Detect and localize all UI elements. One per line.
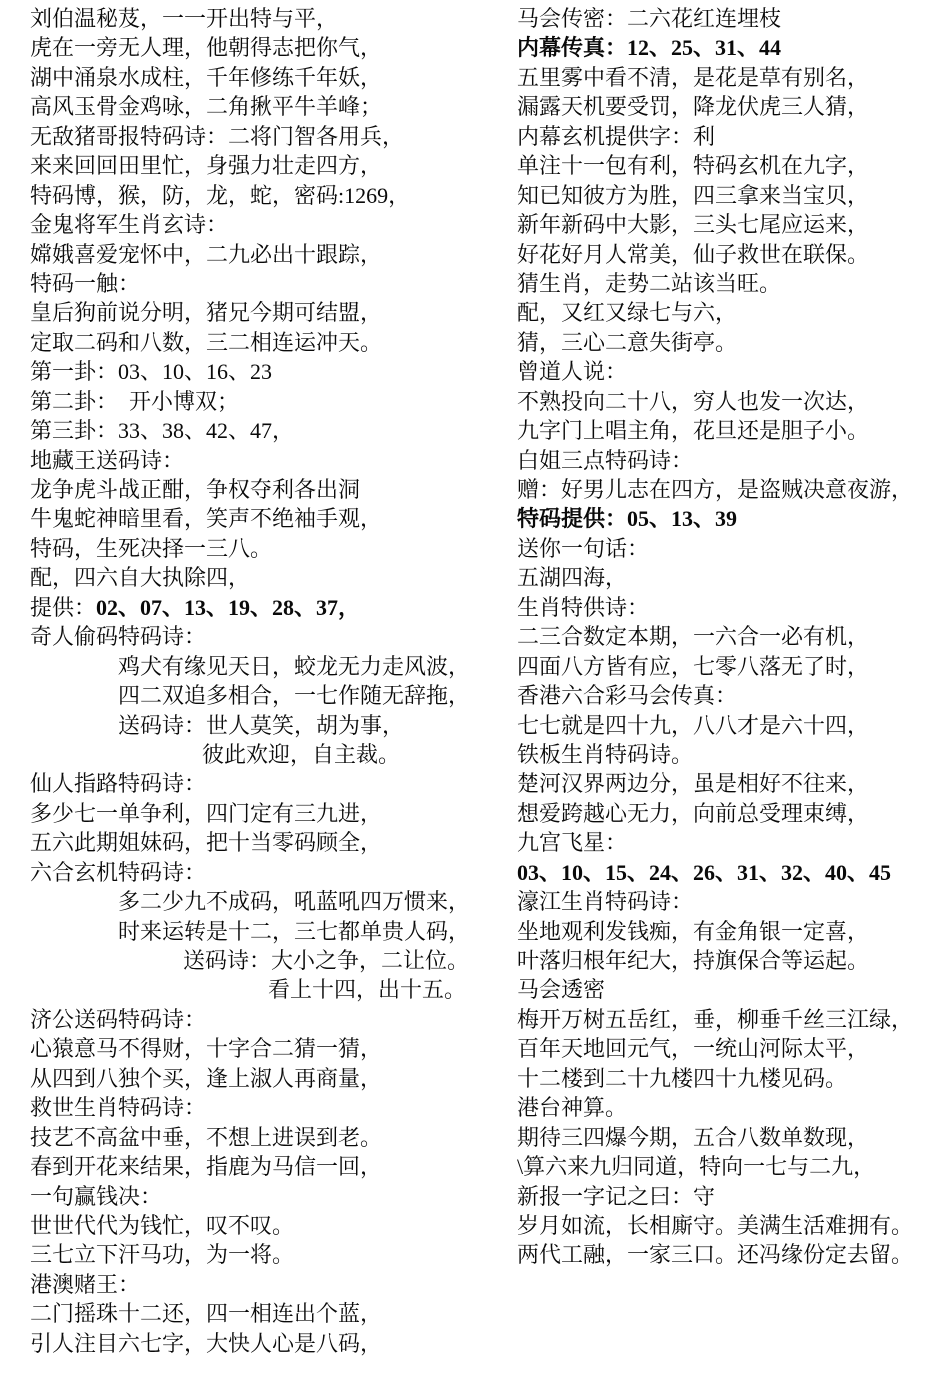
text-line: 第二卦： 开小博双； xyxy=(30,387,482,416)
text-line: 无敌猪哥报特码诗：二将门智各用兵， xyxy=(30,122,482,151)
text-segment: 送你一句话： xyxy=(517,536,649,561)
text-segment: 送码诗：世人莫笑，胡为事， xyxy=(118,713,404,738)
text-segment: 新年新码中大影，三头七尾应运来， xyxy=(517,212,869,237)
text-segment: 香港六合彩马会传真： xyxy=(517,683,737,708)
text-line: 猜生肖，走势二站该当旺。 xyxy=(517,269,931,298)
text-line: 不熟投向二十八，穷人也发一次达， xyxy=(517,387,931,416)
text-line: 好花好月人常美，仙子救世在联保。 xyxy=(517,240,931,269)
text-segment: 金鬼将军生肖玄诗： xyxy=(30,212,228,237)
text-line: 济公送码特码诗： xyxy=(30,1005,482,1034)
text-line: 梅开万树五岳红，垂，柳垂千丝三江绿， xyxy=(517,1005,931,1034)
text-segment: 四面八方皆有应，七零八落无了时， xyxy=(517,654,869,679)
text-segment: 配，四六自大执除四， xyxy=(30,565,250,590)
text-segment: 提供： xyxy=(30,595,96,620)
text-line: 嫦娥喜爱宠怀中，二九必出十跟踪， xyxy=(30,240,482,269)
text-segment: 生肖特供诗： xyxy=(517,595,649,620)
text-line: 四二双追多相合，一七作随无辞拖， xyxy=(118,681,482,710)
text-segment: 三七立下汗马功，为一将。 xyxy=(30,1242,294,1267)
text-line: 铁板生肖特码诗。 xyxy=(517,740,931,769)
text-line: 三七立下汗马功，为一将。 xyxy=(30,1240,482,1269)
text-line: 时来运转是十二，三七都单贵人码， xyxy=(118,917,482,946)
text-segment: 两代工融，一家三口。还冯缘份定去留。 xyxy=(517,1242,913,1267)
text-segment: 牛鬼蛇神暗里看，笑声不绝袖手观， xyxy=(30,506,382,531)
text-segment: 来来回回田里忙，身强力壮走四方， xyxy=(30,153,382,178)
text-segment: 看上十四，出十五。 xyxy=(268,977,466,1002)
text-segment: 漏露天机要受罚，降龙伏虎三人猜， xyxy=(517,94,869,119)
text-line: 看上十四，出十五。 xyxy=(268,975,482,1004)
text-line: 特码一触： xyxy=(30,269,482,298)
text-segment: 虎在一旁无人理，他朝得志把你气， xyxy=(30,35,382,60)
text-segment: 奇人偷码特码诗： xyxy=(30,624,206,649)
text-segment: 定取二码和八数，三二相连运冲天。 xyxy=(30,330,382,355)
text-line: 第一卦：03、10、16、23 xyxy=(30,357,482,386)
left-column: 刘伯温秘芨，一一开出特与平，虎在一旁无人理，他朝得志把你气，湖中涌泉水成柱，千年… xyxy=(30,4,482,1358)
text-line: 五里雾中看不清，是花是草有别名， xyxy=(517,63,931,92)
text-segment: 地藏王送码诗： xyxy=(30,448,184,473)
text-line: 湖中涌泉水成柱，千年修练千年妖， xyxy=(30,63,482,92)
text-line: 春到开花来结果，指鹿为马信一回， xyxy=(30,1152,482,1181)
text-segment: 九宫飞星： xyxy=(517,830,627,855)
text-line: 十二楼到二十九楼四十九楼见码。 xyxy=(517,1064,931,1093)
right-column: 马会传密：二六花红连埋枝内幕传真：12、25、31、44五里雾中看不清，是花是草… xyxy=(517,4,931,1270)
text-segment: 内幕传真： xyxy=(517,35,627,60)
text-segment: 配，又红又绿七与六， xyxy=(517,300,737,325)
text-segment: 单注十一包有利，特码玄机在九字， xyxy=(517,153,869,178)
text-segment: 想爱跨越心无力，向前总受理束缚， xyxy=(517,801,869,826)
text-line: 马会透密 xyxy=(517,975,931,1004)
text-line: 马会传密：二六花红连埋枝 xyxy=(517,4,931,33)
text-line: 生肖特供诗： xyxy=(517,593,931,622)
text-line: 彼此欢迎，自主裁。 xyxy=(202,740,482,769)
text-segment: 猜，三心二意失街亭。 xyxy=(517,330,737,355)
text-segment: 仙人指路特码诗： xyxy=(30,771,206,796)
text-line: 曾道人说： xyxy=(517,357,931,386)
text-line: 岁月如流，长相廝守。美满生活难拥有。 xyxy=(517,1211,931,1240)
text-segment: 内幕玄机提供字：利 xyxy=(517,124,715,149)
text-segment: 叶落归根年纪大，持旗保合等运起。 xyxy=(517,948,869,973)
text-line: 新报一字记之曰：守 xyxy=(517,1182,931,1211)
text-segment: 龙争虎斗战正酣，争权夺利各出洞 xyxy=(30,477,360,502)
text-line: 白姐三点特码诗： xyxy=(517,446,931,475)
text-line: 地藏王送码诗： xyxy=(30,446,482,475)
text-segment: 特码，生死决择一三八。 xyxy=(30,536,272,561)
text-segment: 皇后狗前说分明，猪兄今期可结盟， xyxy=(30,300,382,325)
text-line: 两代工融，一家三口。还冯缘份定去留。 xyxy=(517,1240,931,1269)
text-line: 想爱跨越心无力，向前总受理束缚， xyxy=(517,799,931,828)
text-segment: 鸡犬有缘见天日，蛟龙无力走风波， xyxy=(118,654,470,679)
text-line: 楚河汉界两边分，虽是相好不往来， xyxy=(517,769,931,798)
text-line: 高风玉骨金鸡咏，二角揪平牛羊峰； xyxy=(30,92,482,121)
text-segment: 时来运转是十二，三七都单贵人码， xyxy=(118,919,470,944)
text-line: 牛鬼蛇神暗里看，笑声不绝袖手观， xyxy=(30,504,482,533)
text-segment: 七七就是四十九，八八才是六十四， xyxy=(517,713,869,738)
text-segment: 新报一字记之曰：守 xyxy=(517,1184,715,1209)
text-line: 引人注目六七字，大快人心是八码， xyxy=(30,1329,482,1358)
text-segment: 世世代代为钱忙，叹不叹。 xyxy=(30,1213,294,1238)
text-segment: 高风玉骨金鸡咏，二角揪平牛羊峰； xyxy=(30,94,382,119)
text-segment: 心猿意马不得财，十字合二猜一猜， xyxy=(30,1036,382,1061)
text-segment: 期待三四爆今期，五合八数单数现， xyxy=(517,1125,869,1150)
text-line: 期待三四爆今期，五合八数单数现， xyxy=(517,1123,931,1152)
text-line: 新年新码中大影，三头七尾应运来， xyxy=(517,210,931,239)
text-segment: 百年天地回元气，一统山河际太平， xyxy=(517,1036,869,1061)
text-segment: 十二楼到二十九楼四十九楼见码。 xyxy=(517,1066,847,1091)
text-line: 虎在一旁无人理，他朝得志把你气， xyxy=(30,33,482,62)
text-segment: 特码博，猴，防，龙，蛇，密码:1269， xyxy=(30,183,410,208)
text-segment: 二门摇珠十二还，四一相连出个蓝， xyxy=(30,1301,382,1326)
text-line: 刘伯温秘芨，一一开出特与平， xyxy=(30,4,482,33)
text-segment: \算六来九归同道，特向一七与二九， xyxy=(517,1154,875,1179)
text-line: 单注十一包有利，特码玄机在九字， xyxy=(517,151,931,180)
text-segment: 无敌猪哥报特码诗：二将门智各用兵， xyxy=(30,124,404,149)
text-segment: 03、10、15、24、26、31、32、40、45 xyxy=(517,860,891,885)
text-line: 六合玄机特码诗： xyxy=(30,858,482,887)
text-segment: 五六此期姐妹码，把十当零码顾全， xyxy=(30,830,382,855)
text-line: 二门摇珠十二还，四一相连出个蓝， xyxy=(30,1299,482,1328)
text-line: 特码提供：05、13、39 xyxy=(517,504,931,533)
text-segment: 第一卦：03、10、16、23 xyxy=(30,359,272,384)
text-line: 送你一句话： xyxy=(517,534,931,563)
text-segment: 一句赢钱决： xyxy=(30,1184,162,1209)
text-segment: 四二双追多相合，一七作随无辞拖， xyxy=(118,683,470,708)
text-segment: 多二少九不成码，吼蓝吼四万惯来， xyxy=(118,889,470,914)
text-segment: 05、13、39 xyxy=(627,506,737,531)
text-segment: 港澳赌王： xyxy=(30,1272,140,1297)
text-line: 送码诗：世人莫笑，胡为事， xyxy=(118,711,482,740)
text-line: 一句赢钱决： xyxy=(30,1182,482,1211)
text-line: 二三合数定本期，一六合一必有机， xyxy=(517,622,931,651)
text-line: 内幕传真：12、25、31、44 xyxy=(517,33,931,62)
text-line: 多二少九不成码，吼蓝吼四万惯来， xyxy=(118,887,482,916)
text-line: 从四到八独个买，逢上淑人再商量， xyxy=(30,1064,482,1093)
text-line: 多少七一单争利，四门定有三九进， xyxy=(30,799,482,828)
text-segment: 赠：好男儿志在四方，是盗贼决意夜游， xyxy=(517,477,913,502)
text-segment: 白姐三点特码诗： xyxy=(517,448,693,473)
text-segment: 02、07、13、19、28、37， xyxy=(96,595,360,620)
text-segment: 铁板生肖特码诗。 xyxy=(517,742,693,767)
text-segment: 春到开花来结果，指鹿为马信一回， xyxy=(30,1154,382,1179)
text-segment: 嫦娥喜爱宠怀中，二九必出十跟踪， xyxy=(30,242,382,267)
text-segment: 第二卦： 开小博双； xyxy=(30,389,239,414)
document-page: 刘伯温秘芨，一一开出特与平，虎在一旁无人理，他朝得志把你气，湖中涌泉水成柱，千年… xyxy=(0,0,935,1388)
text-segment: 坐地观利发钱痴，有金角银一定喜， xyxy=(517,919,869,944)
text-segment: 好花好月人常美，仙子救世在联保。 xyxy=(517,242,869,267)
text-line: 配，四六自大执除四， xyxy=(30,563,482,592)
text-line: 濠江生肖特码诗： xyxy=(517,887,931,916)
text-segment: 第三卦：33、38、42、47， xyxy=(30,418,294,443)
text-line: \算六来九归同道，特向一七与二九， xyxy=(517,1152,931,1181)
text-segment: 岁月如流，长相廝守。美满生活难拥有。 xyxy=(517,1213,913,1238)
text-line: 救世生肖特码诗： xyxy=(30,1093,482,1122)
text-line: 香港六合彩马会传真： xyxy=(517,681,931,710)
text-line: 叶落归根年纪大，持旗保合等运起。 xyxy=(517,946,931,975)
text-segment: 刘伯温秘芨，一一开出特与平， xyxy=(30,6,338,31)
text-segment: 五湖四海， xyxy=(517,565,627,590)
text-segment: 濠江生肖特码诗： xyxy=(517,889,693,914)
text-segment: 特码一触： xyxy=(30,271,140,296)
text-line: 猜，三心二意失街亭。 xyxy=(517,328,931,357)
text-line: 提供：02、07、13、19、28、37， xyxy=(30,593,482,622)
text-segment: 六合玄机特码诗： xyxy=(30,860,206,885)
text-line: 五六此期姐妹码，把十当零码顾全， xyxy=(30,828,482,857)
text-line: 港台神算。 xyxy=(517,1093,931,1122)
text-line: 皇后狗前说分明，猪兄今期可结盟， xyxy=(30,298,482,327)
text-line: 五湖四海， xyxy=(517,563,931,592)
text-line: 龙争虎斗战正酣，争权夺利各出洞 xyxy=(30,475,482,504)
text-line: 配，又红又绿七与六， xyxy=(517,298,931,327)
text-segment: 马会透密 xyxy=(517,977,605,1002)
text-segment: 引人注目六七字，大快人心是八码， xyxy=(30,1331,382,1356)
text-segment: 救世生肖特码诗： xyxy=(30,1095,206,1120)
text-segment: 济公送码特码诗： xyxy=(30,1007,206,1032)
text-segment: 彼此欢迎，自主裁。 xyxy=(202,742,400,767)
text-line: 赠：好男儿志在四方，是盗贼决意夜游， xyxy=(517,475,931,504)
text-line: 奇人偷码特码诗： xyxy=(30,622,482,651)
text-segment: 二三合数定本期，一六合一必有机， xyxy=(517,624,869,649)
text-line: 特码博，猴，防，龙，蛇，密码:1269， xyxy=(30,181,482,210)
text-line: 百年天地回元气，一统山河际太平， xyxy=(517,1034,931,1063)
text-line: 七七就是四十九，八八才是六十四， xyxy=(517,711,931,740)
text-segment: 特码提供： xyxy=(517,506,627,531)
text-segment: 猜生肖，走势二站该当旺。 xyxy=(517,271,781,296)
text-line: 世世代代为钱忙，叹不叹。 xyxy=(30,1211,482,1240)
text-segment: 梅开万树五岳红，垂，柳垂千丝三江绿， xyxy=(517,1007,913,1032)
text-segment: 12、25、31、44 xyxy=(627,35,781,60)
text-segment: 楚河汉界两边分，虽是相好不往来， xyxy=(517,771,869,796)
text-line: 特码，生死决择一三八。 xyxy=(30,534,482,563)
text-line: 港澳赌王： xyxy=(30,1270,482,1299)
text-line: 来来回回田里忙，身强力壮走四方， xyxy=(30,151,482,180)
text-segment: 知已知彼方为胜，四三拿来当宝贝， xyxy=(517,183,869,208)
text-line: 送码诗：大小之争，二让位。 xyxy=(183,946,482,975)
text-line: 内幕玄机提供字：利 xyxy=(517,122,931,151)
text-line: 第三卦：33、38、42、47， xyxy=(30,416,482,445)
text-line: 漏露天机要受罚，降龙伏虎三人猜， xyxy=(517,92,931,121)
text-line: 金鬼将军生肖玄诗： xyxy=(30,210,482,239)
text-line: 定取二码和八数，三二相连运冲天。 xyxy=(30,328,482,357)
text-segment: 送码诗：大小之争，二让位。 xyxy=(183,948,469,973)
text-segment: 湖中涌泉水成柱，千年修练千年妖， xyxy=(30,65,382,90)
text-line: 仙人指路特码诗： xyxy=(30,769,482,798)
text-segment: 马会传密：二六花红连埋枝 xyxy=(517,6,781,31)
text-segment: 九字门上唱主角，花旦还是胆子小。 xyxy=(517,418,869,443)
text-line: 四面八方皆有应，七零八落无了时， xyxy=(517,652,931,681)
text-line: 03、10、15、24、26、31、32、40、45 xyxy=(517,858,931,887)
text-segment: 技艺不高盆中垂，不想上进误到老。 xyxy=(30,1125,382,1150)
text-segment: 不熟投向二十八，穷人也发一次达， xyxy=(517,389,869,414)
text-line: 心猿意马不得财，十字合二猜一猜， xyxy=(30,1034,482,1063)
text-line: 坐地观利发钱痴，有金角银一定喜， xyxy=(517,917,931,946)
text-segment: 港台神算。 xyxy=(517,1095,627,1120)
text-line: 鸡犬有缘见天日，蛟龙无力走风波， xyxy=(118,652,482,681)
text-segment: 五里雾中看不清，是花是草有别名， xyxy=(517,65,869,90)
text-line: 知已知彼方为胜，四三拿来当宝贝， xyxy=(517,181,931,210)
text-line: 九字门上唱主角，花旦还是胆子小。 xyxy=(517,416,931,445)
text-line: 技艺不高盆中垂，不想上进误到老。 xyxy=(30,1123,482,1152)
text-segment: 从四到八独个买，逢上淑人再商量， xyxy=(30,1066,382,1091)
text-line: 九宫飞星： xyxy=(517,828,931,857)
text-segment: 曾道人说： xyxy=(517,359,627,384)
text-segment: 多少七一单争利，四门定有三九进， xyxy=(30,801,382,826)
